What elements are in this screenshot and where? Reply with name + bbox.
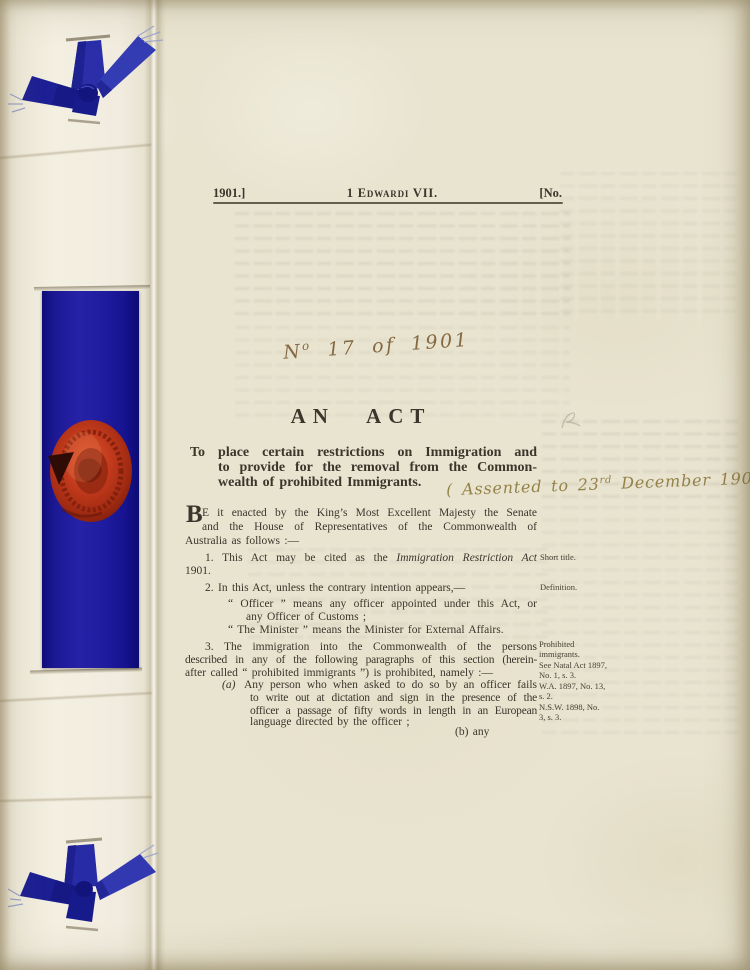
document-photo: 1901.] 1 Edwardi VII. [No. No 17 of 1901… xyxy=(0,0,750,970)
long-title-line: to provide for the removal from the Comm… xyxy=(218,460,537,476)
bleed-through xyxy=(235,212,570,316)
header-rule xyxy=(213,202,563,204)
paragraph-a-line: language directed by the officer ; xyxy=(250,715,410,730)
section-1-line: 1901. xyxy=(185,564,211,579)
pen-squiggle xyxy=(558,408,582,434)
act-number-rest: 17 of 1901 xyxy=(311,329,470,362)
section-1-line: 1. This Act may be cited as the Immigrat… xyxy=(205,551,537,566)
section-2-opening: 2. In this Act, unless the contrary inte… xyxy=(205,581,465,596)
long-title-line: wealth of prohibited Immigrants. xyxy=(218,475,421,491)
paragraph-a-label: (a) xyxy=(222,678,235,693)
section-1-act-name: Immigration Restriction Act xyxy=(396,552,537,564)
marginal-note-line: W.A. 1897, No. 13, s. 2. xyxy=(539,682,607,701)
assent-superscript: rd xyxy=(599,475,612,486)
marginal-note-line: N.S.W. 1898, No. 3, s. 3. xyxy=(539,703,607,722)
long-title-line: To place certain restrictions on Immigra… xyxy=(190,445,537,461)
ribbon-bow-bottom xyxy=(8,833,178,943)
marginal-note-short-title: Short title. xyxy=(540,553,610,563)
act-heading: AN ACT xyxy=(185,404,537,429)
marginal-note-line: See Natal Act 1897, No. 1, s. 3. xyxy=(539,661,607,680)
header-regnal-title: 1 Edwardi VII. xyxy=(347,186,438,201)
section-2-definition-line: “ The Minister ” means the Minister for … xyxy=(228,623,504,638)
section-1-text: 1. This Act may be cited as the xyxy=(205,552,396,564)
header-year: 1901.] xyxy=(213,186,245,201)
header-page-number: [No. xyxy=(539,186,562,201)
marginal-note-line: Prohibited immigrants. xyxy=(539,640,607,659)
enacting-line: and the House of Representatives of the … xyxy=(202,520,537,535)
handwritten-act-number: No 17 of 1901 xyxy=(282,328,470,364)
ribbon-bow-top xyxy=(8,20,178,140)
catchword: (b) any xyxy=(455,725,489,740)
act-number-initial: N xyxy=(283,341,304,364)
assent-text: ( Assented to 23 xyxy=(446,475,600,500)
marginal-note-definition: Definition. xyxy=(540,583,610,593)
page-fold-line xyxy=(144,0,166,970)
enacting-drop-cap: B xyxy=(186,502,203,528)
enacting-line: Australia as follows :— xyxy=(185,534,299,549)
bleed-through xyxy=(560,172,736,322)
marginal-note-prohibited-immigrants: Prohibited immigrants. See Natal Act 189… xyxy=(539,640,607,724)
running-header: 1901.] 1 Edwardi VII. [No. xyxy=(213,186,562,201)
assent-text-rest: December 1901 ) xyxy=(612,468,750,493)
enacting-line: E it enacted by the King’s Most Excellen… xyxy=(202,506,537,521)
wax-seal xyxy=(40,409,144,533)
